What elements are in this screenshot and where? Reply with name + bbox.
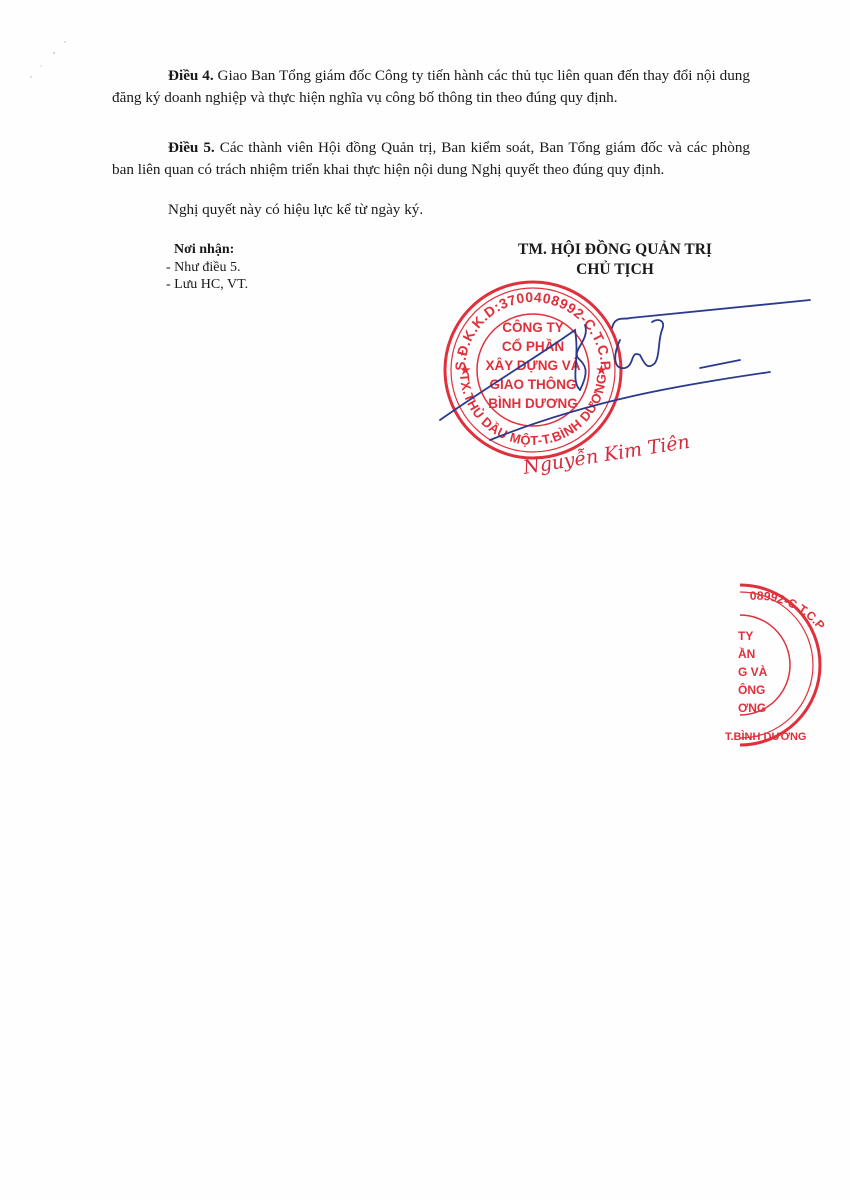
article-4: Điều 4. Giao Ban Tổng giám đốc Công ty t… <box>112 65 750 108</box>
svg-text:T.BÌNH DƯƠNG: T.BÌNH DƯƠNG <box>725 730 806 743</box>
svg-text:BÌNH DƯƠNG: BÌNH DƯƠNG <box>488 396 577 411</box>
svg-text:G VÀ: G VÀ <box>738 664 768 679</box>
svg-text:XÂY DỰNG VÀ: XÂY DỰNG VÀ <box>486 358 581 373</box>
article-4-label: Điều 4. <box>168 67 214 84</box>
company-seal-icon: S.Đ.K.K.D:3700408992-C.T.C.P TX.THỦ DẦU … <box>430 270 830 480</box>
svg-text:ÔNG: ÔNG <box>738 682 765 697</box>
svg-text:★: ★ <box>596 363 607 377</box>
recipient-item: - Như điều 5. <box>166 259 248 277</box>
svg-text:CỔ PHẦN: CỔ PHẦN <box>502 339 564 354</box>
signature-area: S.Đ.K.K.D:3700408992-C.T.C.P TX.THỦ DẦU … <box>430 270 830 480</box>
article-5: Điều 5. Các thành viên Hội đồng Quản trị… <box>112 137 750 180</box>
svg-text:ƠNG: ƠNG <box>738 701 766 715</box>
svg-text:TY: TY <box>738 629 753 643</box>
scan-specks <box>25 35 75 85</box>
document-page: Điều 4. Giao Ban Tổng giám đốc Công ty t… <box>0 0 849 1200</box>
recipients-block: Nơi nhận: - Như điều 5. - Lưu HC, VT. <box>166 241 248 294</box>
svg-text:★: ★ <box>460 363 471 377</box>
svg-text:GIAO THÔNG: GIAO THÔNG <box>490 377 577 392</box>
effective-statement-text: Nghị quyết này có hiệu lực kể từ ngày ký… <box>168 201 423 218</box>
edge-seal-fragment-icon: 08992-C.T.C.P T.BÌNH DƯƠNG TYẦNG VÀÔNGƠN… <box>720 580 849 750</box>
article-5-label: Điều 5. <box>168 139 215 156</box>
recipient-item: - Lưu HC, VT. <box>166 276 248 294</box>
svg-text:CÔNG TY: CÔNG TY <box>502 320 564 335</box>
svg-text:ẦN: ẦN <box>738 646 755 661</box>
on-behalf-label: TM. HỘI ĐỒNG QUẢN TRỊ <box>470 240 760 260</box>
recipients-heading: Nơi nhận: <box>174 241 248 259</box>
effective-statement: Nghị quyết này có hiệu lực kể từ ngày ký… <box>112 199 750 221</box>
